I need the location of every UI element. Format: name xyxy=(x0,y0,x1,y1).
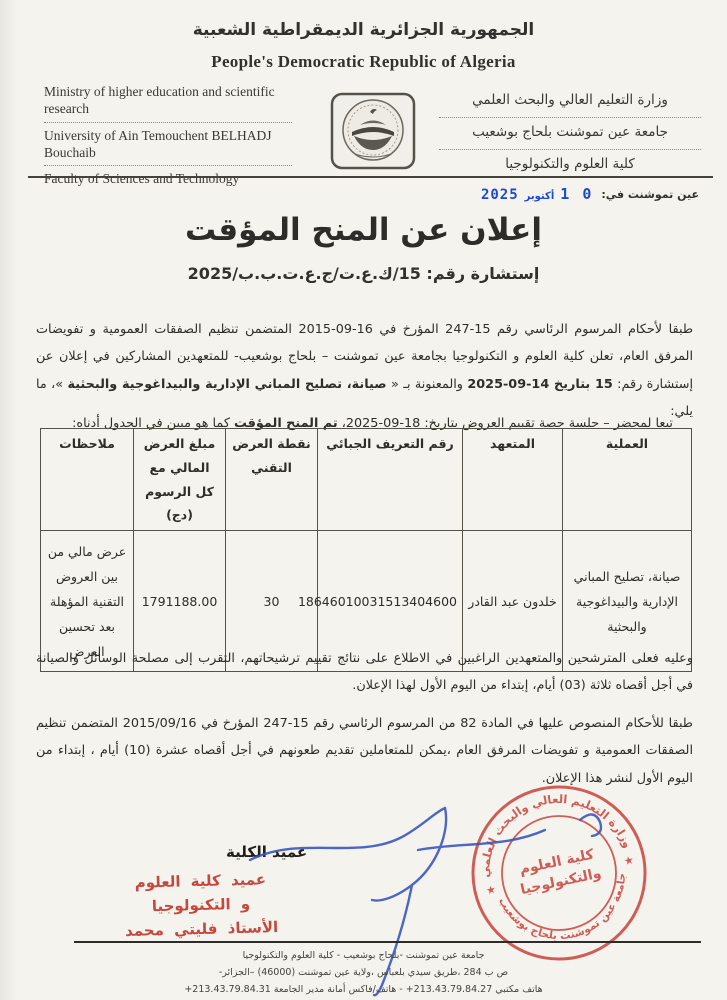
university-logo-icon xyxy=(330,92,416,170)
provisional-award-table: العملية المتعهد رقم التعريف الجبائي نقطة… xyxy=(40,428,692,672)
org-block-english: Ministry of higher education and scienti… xyxy=(44,82,292,191)
col-header-amount: مبلغ العرض المالي مع كل الرسوم (دج) xyxy=(134,429,226,531)
stamp-star-right-icon: ★ xyxy=(623,853,635,868)
footer-divider xyxy=(74,941,701,943)
date-place-label: عين تموشنت في: xyxy=(601,188,699,201)
republic-title-english: People's Democratic Republic of Algeria xyxy=(0,52,727,72)
university-logo xyxy=(330,92,416,174)
footer-phone-line: هاتف مكتبي ‎+213.43.79.84.27‎ - هاتف/فاك… xyxy=(0,981,727,998)
footer-institution-line: جامعة عين تموشنت -بلحاج بوشعيب - كلية ال… xyxy=(0,947,727,964)
para1-text-2: والمعنونة بـ « xyxy=(387,377,468,392)
col-header-remarks: ملاحظات xyxy=(41,429,134,531)
col-header-contractor: المتعهد xyxy=(463,429,563,531)
date-stamp-year: 2025 xyxy=(481,187,519,203)
org-block-arabic: وزارة التعليم العالي والبحث العلمي جامعة… xyxy=(439,86,701,181)
ministry-name-ar: وزارة التعليم العالي والبحث العلمي xyxy=(439,86,701,118)
university-name-en: University of Ain Temouchent BELHADJ Bou… xyxy=(44,126,292,167)
date-stamp-month: أكتوبر xyxy=(525,191,555,202)
consultation-reference: إستشارة رقم: 15/ك.ع.ت/ج.ع.ت.ب.ب/2025 xyxy=(0,264,727,283)
table-header-row: العملية المتعهد رقم التعريف الجبائي نقطة… xyxy=(41,429,692,531)
col-header-operation: العملية xyxy=(563,429,692,531)
header-divider xyxy=(28,176,713,178)
date-stamp: 0 1 أكتوبر 2025 xyxy=(481,185,593,203)
red-stamp-text-block: عميد كلية العلوم و التكنولوجيا الأستاذ ف… xyxy=(57,865,345,944)
para1-project-title: صيانة، تصليح المباني الإدارية والبيداغوج… xyxy=(67,377,386,392)
republic-title-arabic: الجمهورية الجزائرية الديمقراطية الشعبية xyxy=(0,20,727,40)
faculty-name-en: Faculty of Sciences and Technology xyxy=(44,169,292,191)
date-stamp-day: 0 1 xyxy=(560,185,593,203)
page-footer: جامعة عين تموشنت -بلحاج بوشعيب - كلية ال… xyxy=(0,947,727,998)
ministry-name-en: Ministry of higher education and scienti… xyxy=(44,82,292,123)
dean-signature-label: عميد الكلية xyxy=(226,843,307,861)
col-header-technical-score: نقطة العرض التقني xyxy=(226,429,318,531)
results-consultation-paragraph: وعليه فعلى المترشحين والمتعهدين الراغبين… xyxy=(36,645,693,700)
footer-address-line: ص ب 284 ،طريق سيدي بلعباس ،ولاية عين تمو… xyxy=(0,964,727,981)
announcement-title: إعلان عن المنح المؤقت xyxy=(0,212,727,248)
university-name-ar: جامعة عين تموشنت بلحاج بوشعيب xyxy=(439,118,701,150)
para1-consultation-date: 15 بتاريخ 14-09-2025 xyxy=(467,377,612,392)
stamp-star-left-icon: ★ xyxy=(485,883,497,898)
date-line: عين تموشنت في: 0 1 أكتوبر 2025 xyxy=(481,185,699,203)
scanned-announcement-page: الجمهورية الجزائرية الديمقراطية الشعبية … xyxy=(0,0,727,1000)
col-header-tax-id: رقم التعريف الجبائي xyxy=(318,429,463,531)
